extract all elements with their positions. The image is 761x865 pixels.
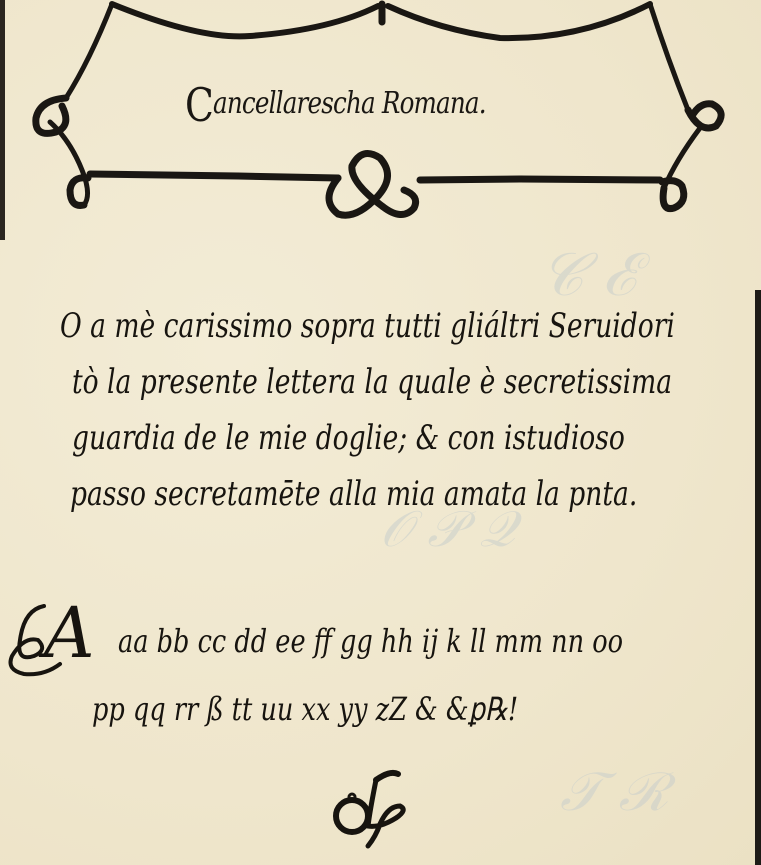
title-initial: C	[185, 78, 213, 132]
calligraphy-page: 𝒞 ℰ 𝒪 𝒫 𝒬 𝒯 ℛ Cancellar	[0, 0, 761, 865]
sample-paragraph: O a mè carissimo sopra tutti gliáltri Se…	[60, 298, 720, 522]
title-text: ancellarescha Romana.	[213, 86, 486, 121]
text-line: tò la presente lettera la quale è secret…	[72, 354, 577, 410]
alphabet-line-1: aa bb cc dd ee ff gg hh ij k ll mm nn oo	[118, 622, 623, 660]
text-line: passo secretamēte alla mia amata la pnta…	[70, 466, 577, 522]
text-line: O a mè carissimo sopra tutti gliáltri Se…	[60, 298, 575, 354]
text-line: guardia de le mie doglie; & con istudios…	[72, 410, 577, 466]
show-through-text: 𝒯 ℛ	[560, 760, 669, 824]
flourish-ornament-icon	[330, 760, 430, 860]
page-title: Cancellarescha Romana.	[185, 78, 480, 132]
page-edge-right	[755, 290, 761, 865]
alphabet-initial: A	[44, 592, 95, 674]
alphabet-line-2: pp qq rr ß tt uu xx yy zZ & &ꝑ℞!	[92, 690, 518, 728]
